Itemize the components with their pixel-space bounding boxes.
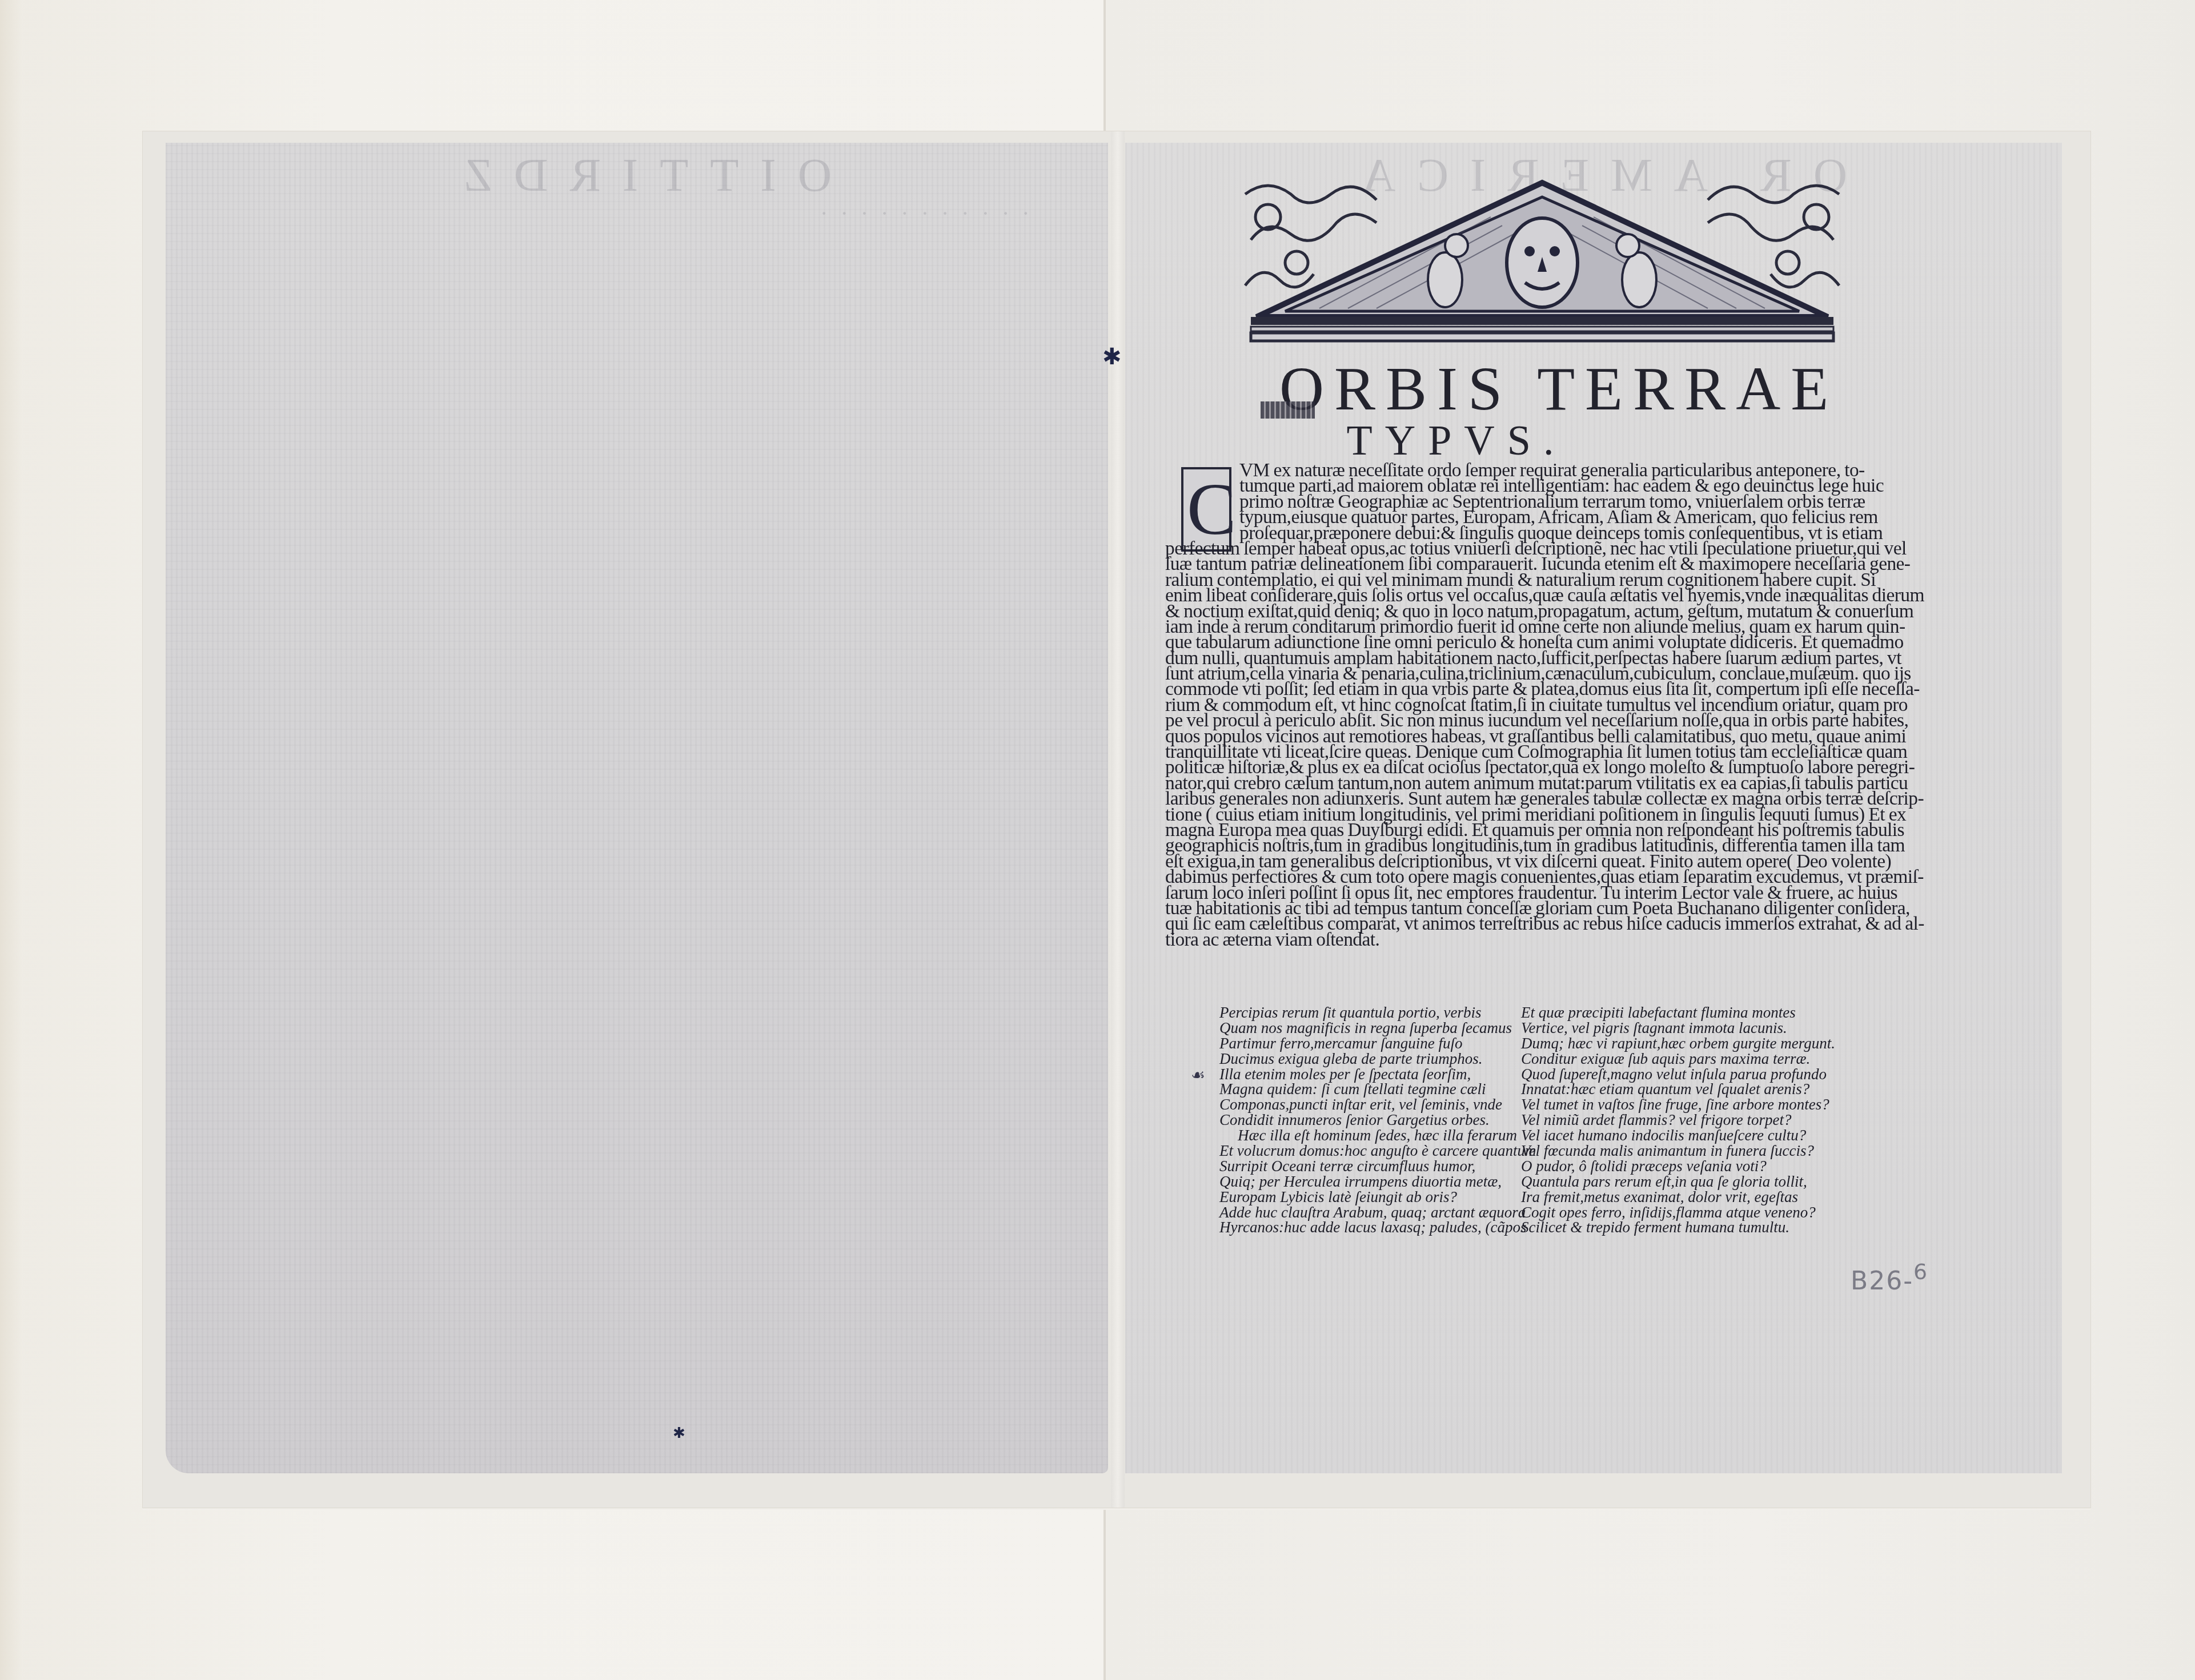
verse-line: Condidit innumeros ſenior Gargetius orbe…	[1219, 1112, 1516, 1128]
verse-line: Quam nos magnificis in regna ſuperba ſec…	[1219, 1020, 1516, 1036]
verse-line: Ducimus exigua gleba de parte triumphos.	[1219, 1051, 1516, 1067]
verse-line: Et quæ præcipiti labefactant flumina mon…	[1521, 1005, 1818, 1020]
verse-line: Partimur ferro,mercamur ſanguine fuſo	[1219, 1036, 1516, 1051]
verse-line: Adde huc clauſtra Arabum, quaq; arctant …	[1219, 1205, 1516, 1220]
center-fold	[1111, 131, 1125, 1508]
verse-line: Ira fremit,metus exanimat, dolor vrit, e…	[1521, 1189, 1818, 1205]
verse-line: Vel iacet humano indocilis manſueſcere c…	[1521, 1128, 1818, 1143]
show-through-caption: · · · · · · · · · · ·	[817, 200, 1030, 227]
verse-line: Hæc illa eſt hominum ſedes, hæc illa fer…	[1219, 1128, 1516, 1143]
verse-column-left: Percipias rerum ſit quantula portio, ver…	[1219, 1005, 1516, 1235]
verse-column-right: Et quæ præcipiti labefactant flumina mon…	[1521, 1005, 1818, 1235]
verse-line: Magna quidem: ſi cum ſtellati tegmine cæ…	[1219, 1082, 1516, 1097]
pencil-inventory-note: B26-6	[1851, 1259, 1928, 1296]
plate-impression-left	[166, 143, 1108, 1473]
verse-line: Vel fœcunda malis animantum in funera ſu…	[1521, 1143, 1818, 1159]
ink-speck: ✱	[673, 1426, 685, 1441]
verse-line: Hyrcanos:huc adde lacus laxasq; paludes,…	[1219, 1220, 1516, 1235]
verse-line: Dumq; hæc vi rapiunt,hæc orbem gurgite m…	[1521, 1036, 1818, 1051]
verse-line: Quod ſupereſt,magno velut inſula parua p…	[1521, 1067, 1818, 1082]
ink-smudge	[1261, 401, 1315, 419]
mount-edge-strip	[0, 0, 23, 1680]
verse-line: Surripit Oceani terræ circumfluus humor,	[1219, 1159, 1516, 1174]
verse-line: O pudor, ô ſtolidi præceps veſania voti?	[1521, 1159, 1818, 1174]
ink-speck: ✱	[1102, 345, 1122, 368]
verse-line: Quantula pars rerum eſt,in qua ſe gloria…	[1521, 1174, 1818, 1189]
verse-line: Componas,puncti inſtar erit, vel ſeminis…	[1219, 1097, 1516, 1112]
verse-line: Vertice, vel pigris ſtagnant immota lacu…	[1521, 1020, 1818, 1036]
verse-line: Et volucrum domus:hoc anguſto è carcere …	[1219, 1143, 1516, 1159]
verse-line: Innatat:hæc etiam quantum vel ſqualet ar…	[1521, 1082, 1818, 1097]
verse-line: Conditur exiguæ ſub aquis pars maxima te…	[1521, 1051, 1818, 1067]
verse-line: Quiq; per Herculea irrumpens diuortia me…	[1219, 1174, 1516, 1189]
show-through-title-left: OITTIRDZ	[166, 148, 1108, 202]
pencil-note-sup: 6	[1913, 1259, 1928, 1284]
verse-line: Scilicet & trepido ferment humana tumult…	[1521, 1220, 1818, 1235]
verse-line: Percipias rerum ſit quantula portio, ver…	[1219, 1005, 1516, 1020]
headpiece-ornament-icon	[1234, 171, 1851, 343]
verse-line: Vel tumet in vaſtos ſine fruge, ſine arb…	[1521, 1097, 1818, 1112]
page-title: ORBIS TERRAE	[1279, 354, 1851, 425]
body-text: VM ex naturæ neceſſitate ordo ſemper req…	[1165, 463, 2113, 947]
page-subtitle: TYPVS.	[1314, 417, 1599, 465]
verse-line: Europam Lybicis latè ſeiungit ab oris?	[1219, 1189, 1516, 1205]
verse-line: Illa etenim moles per ſe ſpectata ſeorſi…	[1219, 1067, 1516, 1082]
pencil-note-text: B26-	[1851, 1267, 1913, 1296]
marginal-fleuron-icon: ☙	[1191, 1066, 1205, 1085]
verse-line: Cogit opes ferro, inſidijs,flamma atque …	[1521, 1205, 1818, 1220]
verse-line: Vel nimiũ ardet flammis? vel frigore tor…	[1521, 1112, 1818, 1128]
